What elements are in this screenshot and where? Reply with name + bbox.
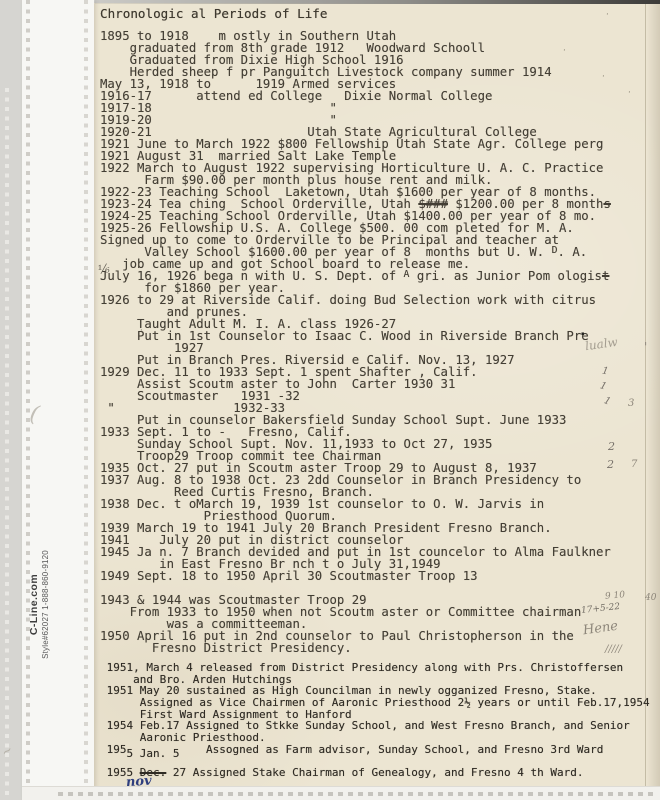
typed-line: Fresno District Presidency. (100, 642, 611, 654)
typed-line: 1955 Dec. 27 Assigned Stake Chairman of … (100, 767, 650, 779)
handwritten-annotation: 40 (645, 593, 656, 603)
handwritten-annotation: ▪ (581, 331, 584, 337)
handwritten-annotation: · (602, 72, 605, 82)
scanned-document-screenshot: { "document": { "title": "Chronologic al… (0, 0, 660, 800)
typed-segment-strike: t (602, 269, 609, 283)
handwritten-annotation: ///// (605, 644, 622, 655)
typed-segment-sup: A (404, 269, 410, 280)
sleeve-style-number: Style#62027 1-888-860-9120 (41, 497, 50, 712)
document-title: Chronologic al Periods of Life (100, 6, 327, 21)
sleeve-brand: C-Line.com (28, 497, 40, 712)
scan-top-edge (95, 0, 660, 4)
typed-body-main: 1895 to 1918 m ostly in Southern Utah gr… (100, 30, 611, 654)
perforation-column-outer (5, 88, 9, 800)
perforation-row-bottom (58, 792, 658, 796)
handwritten-annotation: · (628, 88, 631, 98)
typed-line: 1955 Jan. 5 Assogned as Farm advisor, Su… (100, 744, 650, 756)
typed-segment-sup: D (552, 245, 558, 256)
sleeve-label: C-Line.com Style#62027 1-888-860-9120 (28, 497, 50, 712)
handwritten-annotation: 9 10 (605, 590, 626, 602)
handwritten-annotation: 2 (608, 440, 615, 453)
handwritten-annotation: · (563, 46, 566, 56)
perforation-column-right (84, 0, 88, 800)
handwritten-annotation: 2 (607, 458, 614, 471)
typed-line: 1949 Sept. 18 to 1950 April 30 Scoutmast… (100, 570, 611, 582)
handwritten-annotation: ⅙ (97, 261, 111, 277)
typed-line: Assigned as Vice Chairmen of Aaronic Pri… (100, 697, 650, 709)
typed-segment-sub: 5 Jan. 5 (127, 747, 180, 760)
handwritten-annotation: 7 (631, 459, 637, 470)
handwritten-annotation: · (606, 10, 609, 20)
typed-segment-strike: s (603, 197, 610, 211)
handwritten-annotation: · (140, 326, 143, 336)
handwritten-annotation: ' (644, 340, 647, 354)
typed-line: 1951, March 4 released from District Pre… (100, 662, 650, 674)
handwritten-annotation: 3 (628, 398, 634, 409)
typed-body-small: 1951, March 4 released from District Pre… (100, 662, 650, 779)
sleeve-bottom-band (22, 786, 660, 800)
handwritten-annotation: ~ (0, 742, 16, 761)
